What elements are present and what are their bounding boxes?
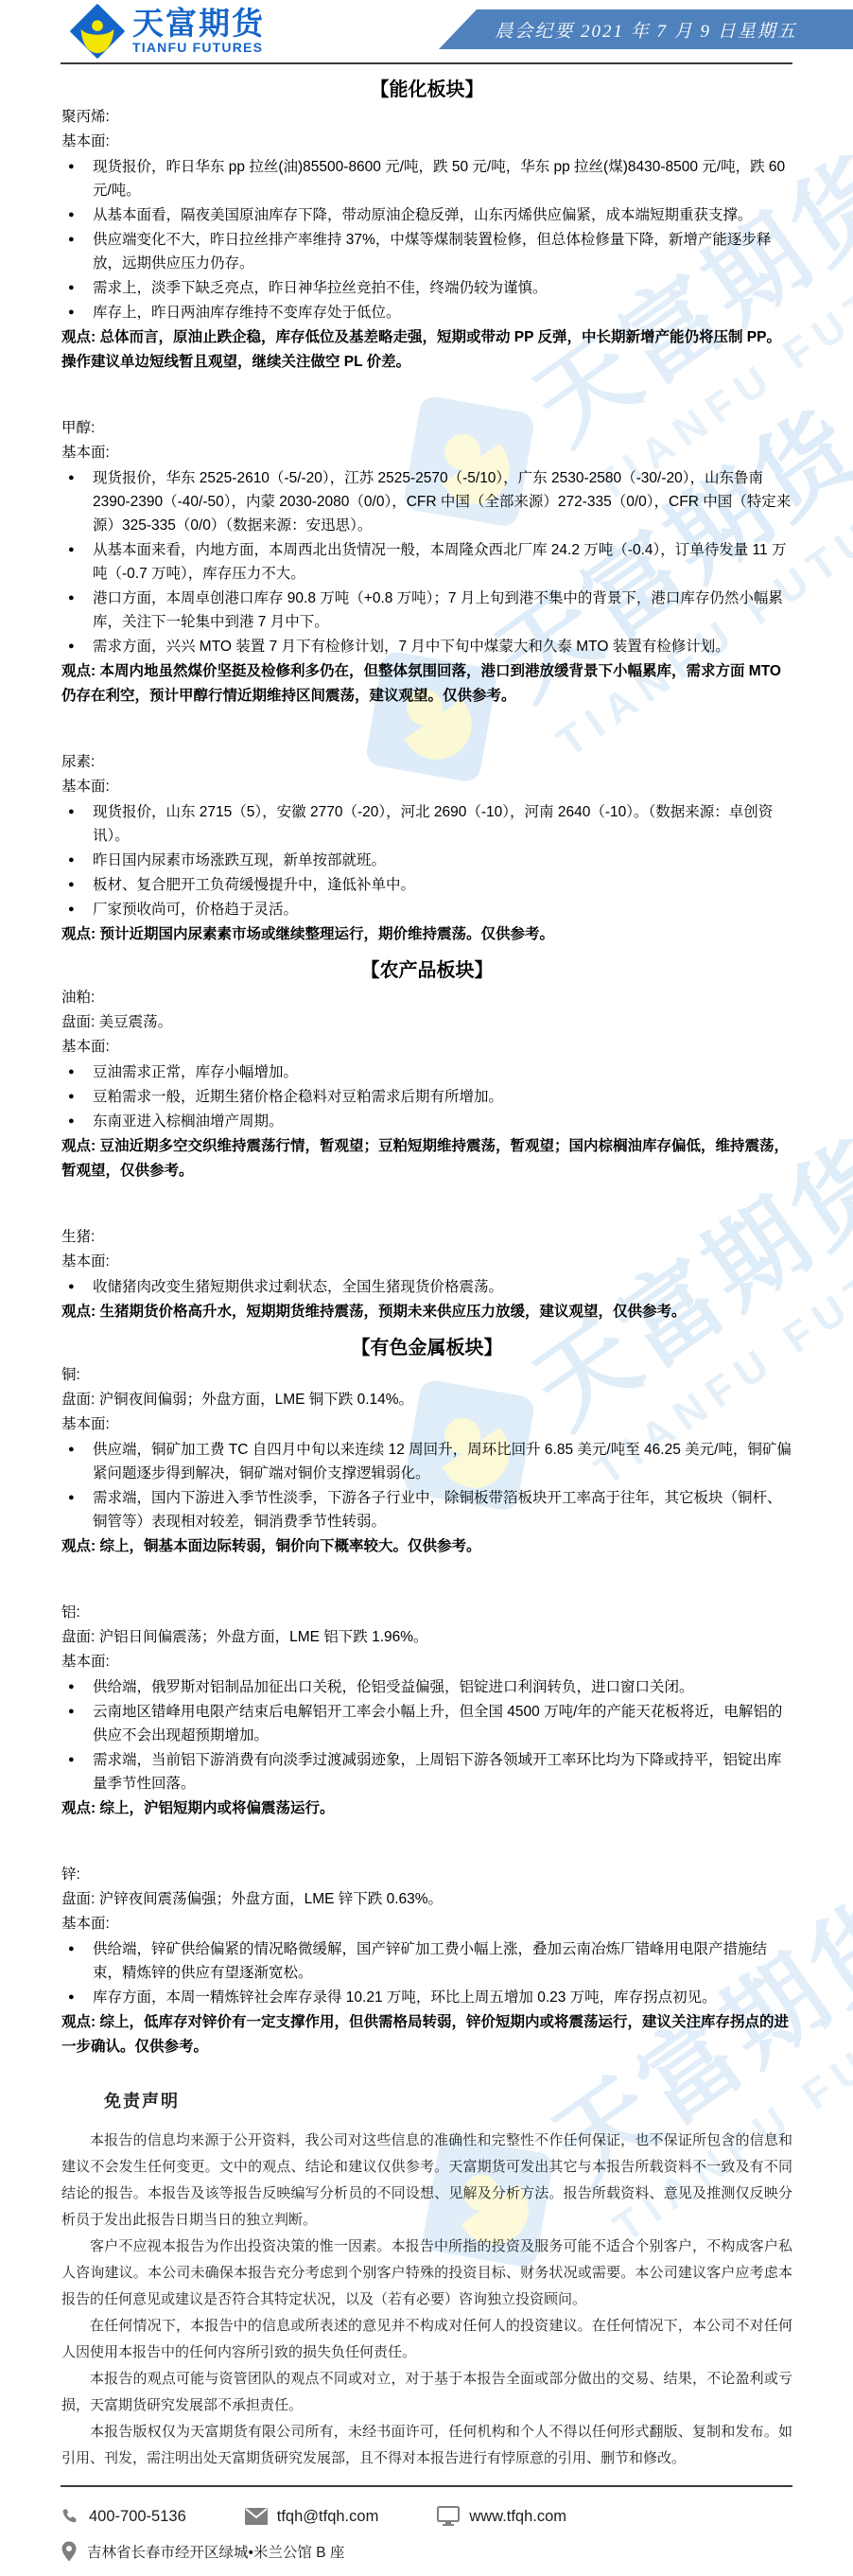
bullet-item: 豆油需求正常，库存小幅增加。 — [61, 1060, 792, 1084]
tianfu-logo-icon — [70, 4, 125, 59]
disclaimer-paragraph: 本报告的信息均来源于公开资料，我公司对这些信息的准确性和完整性不作任何保证，也不… — [61, 2128, 792, 2234]
phone-icon — [61, 2507, 79, 2526]
board-title-nonferrous: 【有色金属板块】 — [61, 1332, 792, 1359]
footer-phone: 400-700-5136 — [61, 2507, 186, 2526]
meeting-date-banner: 晨会纪要 2021 年 7 月 9 日星期五 — [439, 9, 853, 49]
product-name: 油粕: — [61, 986, 792, 1010]
bullet-item: 供应端变化不大，昨日拉丝排产率维持 37%，中煤等煤制装置检修，但总体检修量下降… — [61, 228, 792, 275]
bullet-item: 从基本面看，隔夜美国原油库存下降，带动原油企稳反弹，山东丙烯供应偏紧，成本端短期… — [61, 203, 792, 227]
bullet-item: 需求方面，兴兴 MTO 装置 7 月下有检修计划，7 月中下旬中煤蒙大和久泰 M… — [61, 635, 792, 658]
bullet-item: 板材、复合肥开工负荷缓慢提升中，逢低补单中。 — [61, 873, 792, 897]
product-name: 尿素: — [61, 750, 792, 775]
bullet-item: 库存上，昨日两油库存维持不变库存处于低位。 — [61, 301, 792, 324]
mail-icon — [245, 2508, 268, 2525]
product-name: 铝: — [61, 1601, 792, 1625]
bullet-item: 东南亚进入棕榈油增产周期。 — [61, 1110, 792, 1133]
bullet-item: 需求上，淡季下缺乏亮点，昨日神华拉丝竞拍不佳，终端仍较为谨慎。 — [61, 276, 792, 300]
viewpoint-text: 观点: 总体而言，原油止跌企稳，库存低位及基差略走强，短期或带动 PP 反弹，中… — [61, 325, 792, 375]
disclaimer-paragraph: 在任何情况下，本报告中的信息或所表述的意见并不构成对任何人的投资建议。在任何情况… — [61, 2313, 792, 2366]
bullet-item: 库存方面，本周一精炼锌社会库存录得 10.21 万吨，环比上周五增加 0.23 … — [61, 1986, 792, 2009]
bullet-item: 供给端，锌矿供给偏紧的情况略微缓解，国产锌矿加工费小幅上涨，叠加云南冶炼厂错峰用… — [61, 1937, 792, 1985]
bullet-item: 云南地区错峰用电限产结束后电解铝开工率会小幅上升，但全国 4500 万吨/年的产… — [61, 1700, 792, 1747]
bullet-item: 港口方面，本周卓创港口库存 90.8 万吨（+0.8 万吨）；7 月上旬到港不集… — [61, 587, 792, 634]
market-surface-line: 盘面: 美豆震荡。 — [61, 1010, 792, 1035]
location-icon — [61, 2540, 78, 2563]
bullet-item: 供应端，铜矿加工费 TC 自四月中旬以来连续 12 周回升，周环比回升 6.85… — [61, 1438, 792, 1485]
brand-name-en: TIANFU FUTURES — [132, 40, 265, 55]
product-section-methanol: 甲醇: 基本面: 现货报价，华东 2525-2610（-5/-20），江苏 25… — [61, 416, 792, 709]
viewpoint-text: 观点: 豆油近期多空交织维持震荡行情，暂观望；豆粕短期维持震荡，暂观望；国内棕榈… — [61, 1134, 792, 1183]
bullet-item: 现货报价，山东 2715（5），安徽 2770（-20），河北 2690（-10… — [61, 800, 792, 848]
footer-website: www.tfqh.com — [437, 2506, 566, 2527]
market-surface-line: 盘面: 沪铝日间偏震荡；外盘方面，LME 铝下跌 1.96%。 — [61, 1625, 792, 1650]
header-divider — [61, 62, 792, 64]
header: 天富期货 TIANFU FUTURES 晨会纪要 2021 年 7 月 9 日星… — [0, 0, 853, 62]
fundamental-label: 基本面: — [61, 1412, 792, 1437]
bullet-item: 收储猪肉改变生猪短期供求过剩状态，全国生猪现货价格震荡。 — [61, 1275, 792, 1299]
disclaimer-section: 免责声明 本报告的信息均来源于公开资料，我公司对这些信息的准确性和完整性不作任何… — [0, 2088, 853, 2472]
footer-website-url[interactable]: www.tfqh.com — [469, 2508, 566, 2526]
product-name: 生猪: — [61, 1225, 792, 1250]
fundamental-label: 基本面: — [61, 1250, 792, 1274]
bullet-item: 从基本面来看，内地方面，本周西北出货情况一般，本周隆众西北厂库 24.2 万吨（… — [61, 538, 792, 586]
bullet-item: 昨日国内尿素市场涨跌互现，新单按部就班。 — [61, 849, 792, 872]
board-title-energy: 【能化板块】 — [61, 74, 792, 101]
product-section-zinc: 锌: 盘面: 沪锌夜间震荡偏强；外盘方面，LME 锌下跌 0.63%。 基本面:… — [61, 1863, 792, 2059]
product-section-oil-meal: 油粕: 盘面: 美豆震荡。 基本面: 豆油需求正常，库存小幅增加。 豆粕需求一般… — [61, 986, 792, 1183]
bullet-item: 现货报价，昨日华东 pp 拉丝(油)85500-8600 元/吨，跌 50 元/… — [61, 155, 792, 202]
disclaimer-paragraph: 本报告的观点可能与资管团队的观点不同或对立，对于基于本报告全面或部分做出的交易、… — [61, 2366, 792, 2419]
bullet-item: 供给端，俄罗斯对铝制品加征出口关税，伦铝受益偏强，铝锭进口利润转负，进口窗口关闭… — [61, 1675, 792, 1699]
footer-address-text: 吉林省长春市经开区绿城•米兰公馆 B 座 — [87, 2541, 344, 2562]
fundamental-label: 基本面: — [61, 130, 792, 154]
viewpoint-text: 观点: 综上，沪铝短期内或将偏震荡运行。 — [61, 1796, 792, 1821]
product-name: 甲醇: — [61, 416, 792, 441]
brand-name-cn: 天富期货 — [132, 8, 265, 40]
product-section-live-hogs: 生猪: 基本面: 收储猪肉改变生猪短期供求过剩状态，全国生猪现货价格震荡。 观点… — [61, 1225, 792, 1324]
footer-contact-row: 400-700-5136 tfqh@tfqh.com www.tfqh.com — [61, 2506, 792, 2527]
product-name: 铜: — [61, 1363, 792, 1388]
viewpoint-text: 观点: 预计近期国内尿素素市场或继续整理运行，期价维持震荡。仅供参考。 — [61, 922, 792, 947]
bullet-item: 需求端，当前铝下游消费有向淡季过渡减弱迹象，上周铝下游各领域开工率环比均为下降或… — [61, 1748, 792, 1796]
product-name: 聚丙烯: — [61, 105, 792, 130]
product-section-aluminum: 铝: 盘面: 沪铝日间偏震荡；外盘方面，LME 铝下跌 1.96%。 基本面: … — [61, 1601, 792, 1821]
viewpoint-text: 观点: 生猪期货价格高升水，短期期货维持震荡，预期未来供应压力放缓，建议观望，仅… — [61, 1300, 792, 1324]
board-title-agriculture: 【农产品板块】 — [61, 955, 792, 982]
footer-email: tfqh@tfqh.com — [245, 2508, 379, 2526]
brand-text: 天富期货 TIANFU FUTURES — [132, 8, 265, 55]
footer-phone-number: 400-700-5136 — [89, 2508, 186, 2526]
viewpoint-text: 观点: 综上，铜基本面边际转弱，铜价向下概率较大。仅供参考。 — [61, 1534, 792, 1559]
disclaimer-paragraph: 本报告版权仅为天富期货有限公司所有，未经书面许可，任何机构和个人不得以任何形式翻… — [61, 2419, 792, 2472]
bullet-item: 需求端，国内下游进入季节性淡季，下游各子行业中，除铜板带箔板块开工率高于往年，其… — [61, 1486, 792, 1533]
viewpoint-text: 观点: 综上，低库存对锌价有一定支撑作用，但供需格局转弱，锌价短期内或将震荡运行… — [61, 2010, 792, 2059]
product-section-polypropylene: 聚丙烯: 基本面: 现货报价，昨日华东 pp 拉丝(油)85500-8600 元… — [61, 105, 792, 375]
fundamental-label: 基本面: — [61, 1650, 792, 1674]
disclaimer-paragraph: 客户不应视本报告为作出投资决策的惟一因素。本报告中所指的投资及服务可能不适合个别… — [61, 2234, 792, 2313]
footer: 400-700-5136 tfqh@tfqh.com www.tfqh.com — [0, 2485, 853, 2576]
viewpoint-text: 观点: 本周内地虽然煤价坚挺及检修利多仍在，但整体氛围回落，港口到港放缓背景下小… — [61, 659, 792, 709]
product-section-urea: 尿素: 基本面: 现货报价，山东 2715（5），安徽 2770（-20），河北… — [61, 750, 792, 947]
bullet-item: 厂家预收尚可，价格趋于灵活。 — [61, 898, 792, 921]
footer-address-row: 吉林省长春市经开区绿城•米兰公馆 B 座 — [61, 2540, 792, 2563]
report-page: 天富期货 TIANFU FUTURES 天富期货 TIANFU FUTURES … — [0, 0, 853, 2576]
bullet-item: 豆粕需求一般，近期生猪价格企稳料对豆粕需求后期有所增加。 — [61, 1085, 792, 1109]
fundamental-label: 基本面: — [61, 1035, 792, 1060]
footer-divider — [61, 2485, 792, 2487]
disclaimer-title: 免责声明 — [104, 2088, 792, 2112]
fundamental-label: 基本面: — [61, 441, 792, 465]
footer-email-address[interactable]: tfqh@tfqh.com — [277, 2508, 379, 2526]
market-surface-line: 盘面: 沪锌夜间震荡偏强；外盘方面，LME 锌下跌 0.63%。 — [61, 1887, 792, 1912]
bullet-item: 现货报价，华东 2525-2610（-5/-20），江苏 2525-2570（-… — [61, 466, 792, 537]
fundamental-label: 基本面: — [61, 775, 792, 799]
tianfu-logo: 天富期货 TIANFU FUTURES — [70, 4, 265, 59]
monitor-icon — [437, 2506, 460, 2527]
market-surface-line: 盘面: 沪铜夜间偏弱；外盘方面，LME 铜下跌 0.14%。 — [61, 1388, 792, 1412]
fundamental-label: 基本面: — [61, 1912, 792, 1936]
report-content: 【能化板块】 聚丙烯: 基本面: 现货报价，昨日华东 pp 拉丝(油)85500… — [0, 64, 853, 2059]
product-name: 锌: — [61, 1863, 792, 1887]
product-section-copper: 铜: 盘面: 沪铜夜间偏弱；外盘方面，LME 铜下跌 0.14%。 基本面: 供… — [61, 1363, 792, 1559]
